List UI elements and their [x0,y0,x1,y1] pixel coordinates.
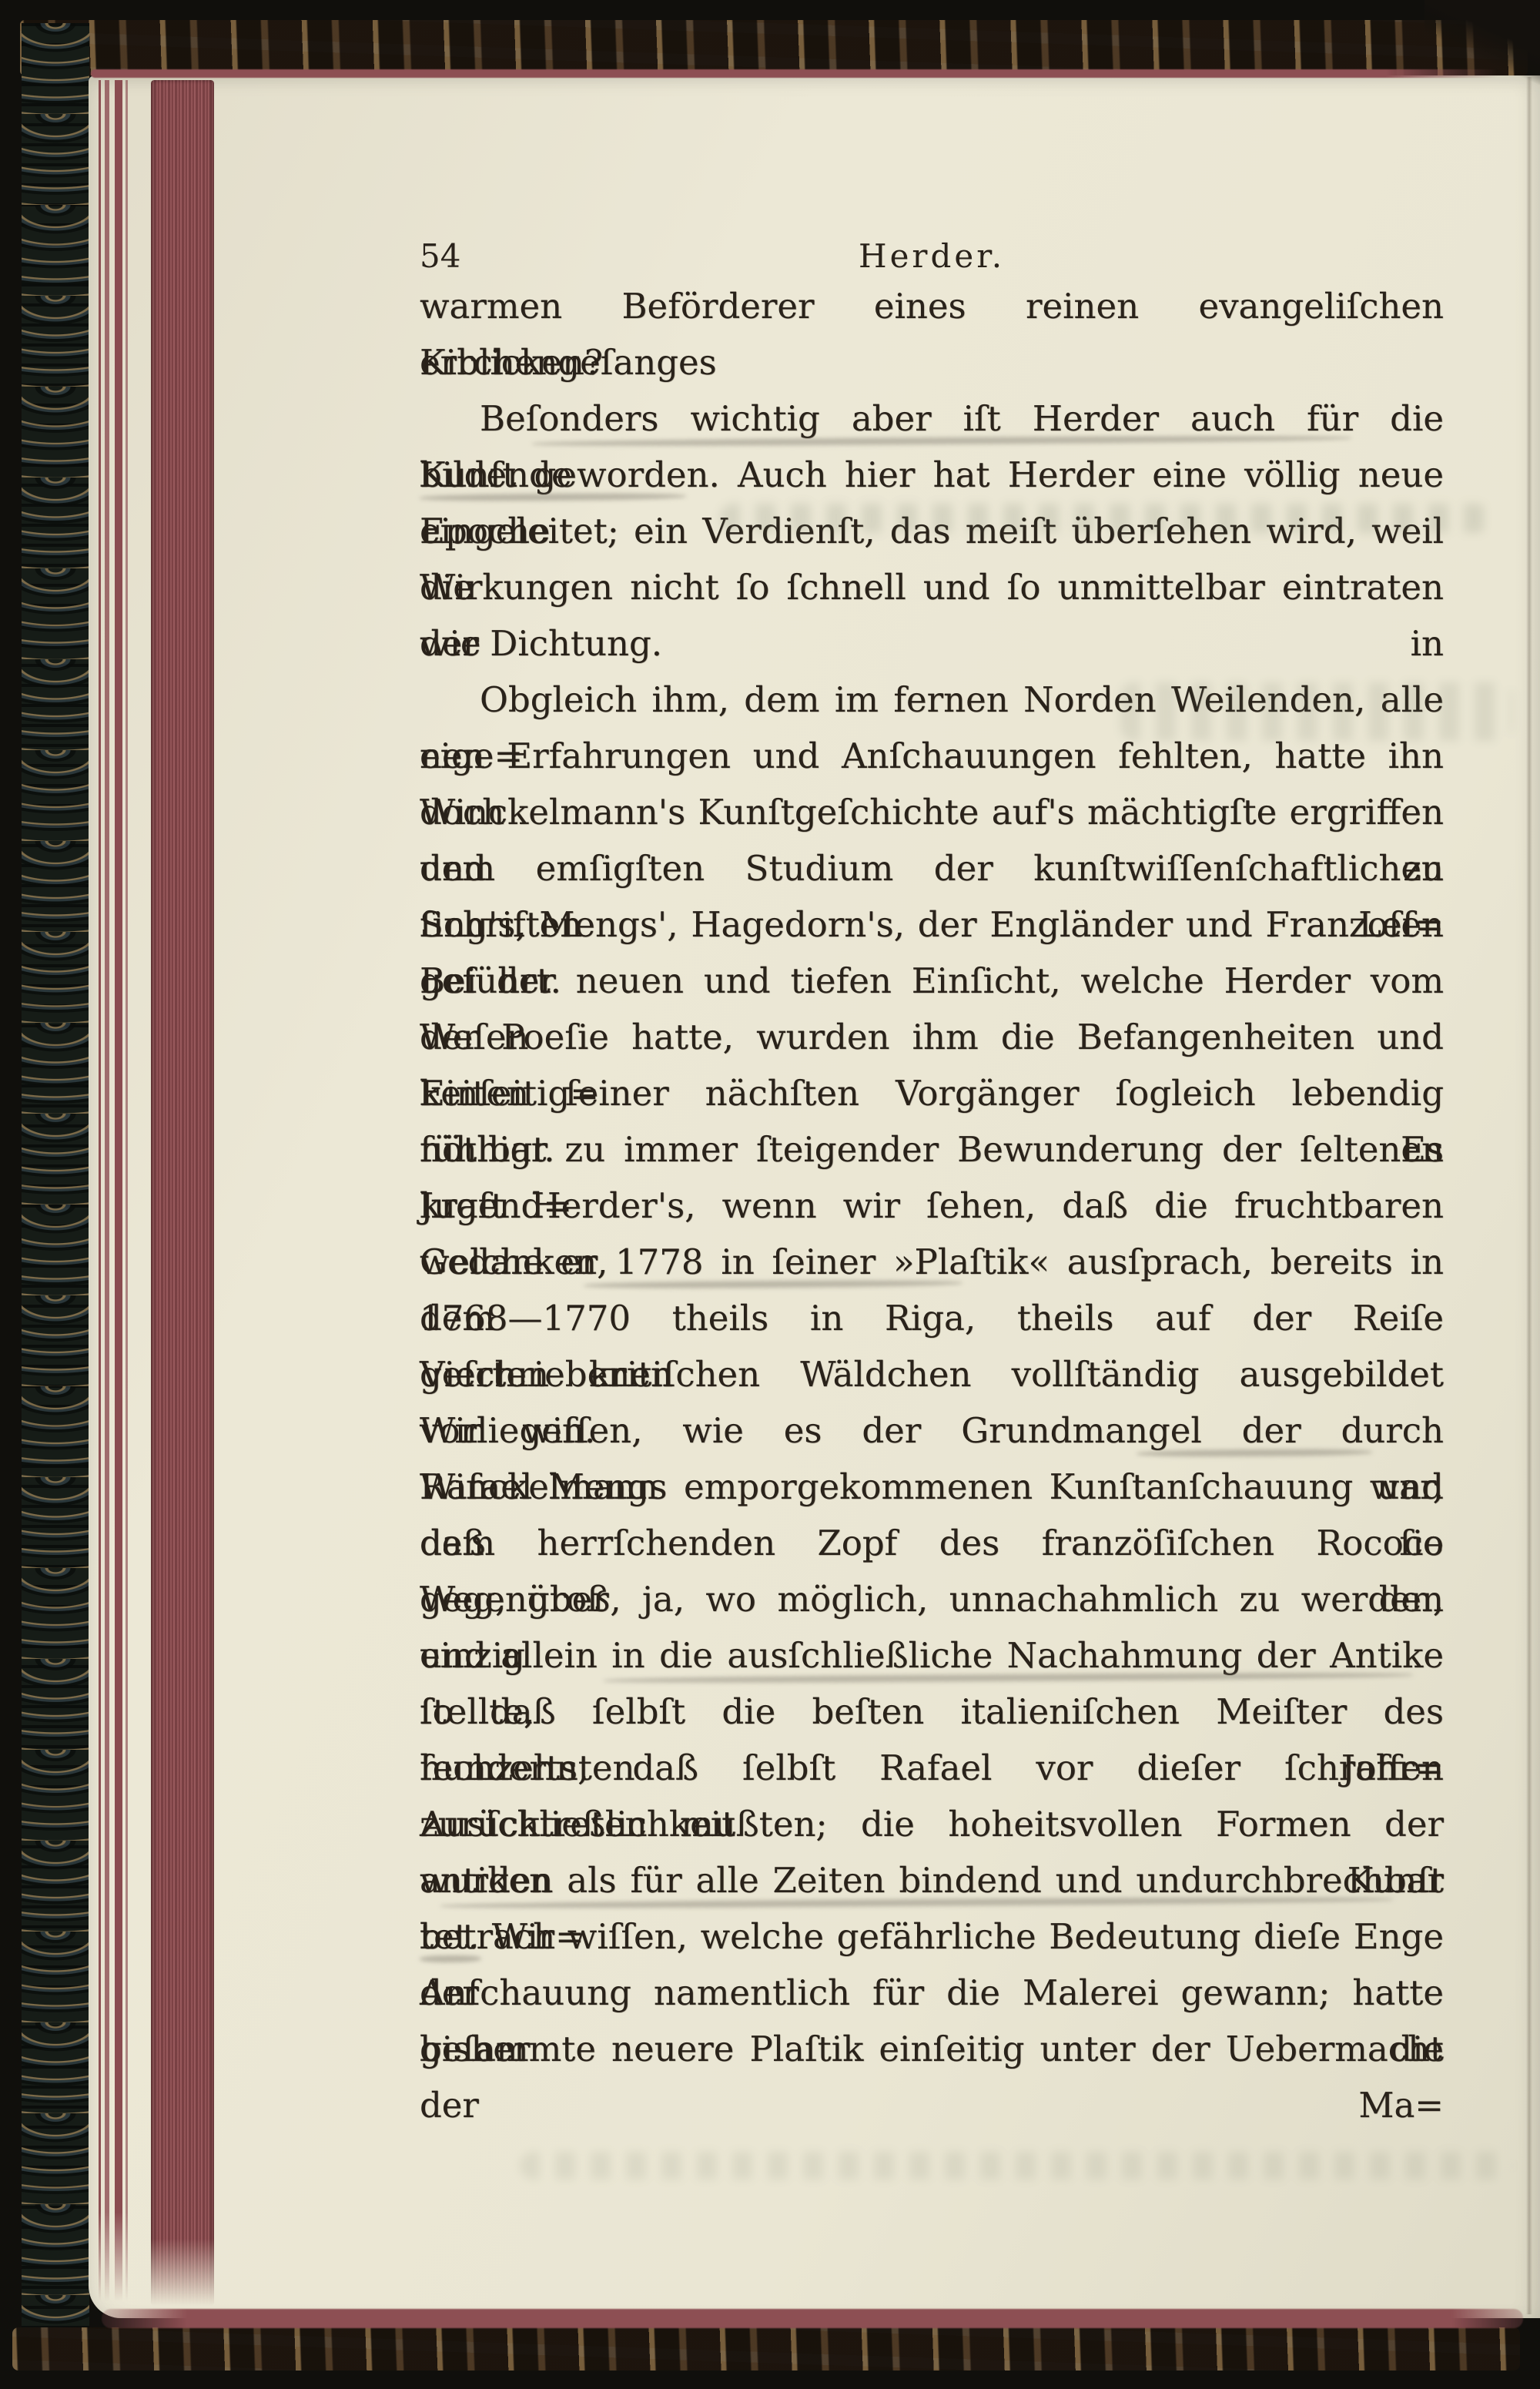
marbled-cover-top-edge [20,20,1528,75]
pencil-underline [440,1896,1393,1910]
text-line: tet. Wir wiſſen, welche gefährliche Bede… [420,1908,1444,1965]
text-line: dem emſigſten Studium der kunſtwiſſenſch… [420,840,1444,896]
pencil-underline [420,493,686,501]
marbled-spine-edge [22,23,89,2369]
text-line: welche er 1778 in ſeiner »Plaſtik« ausſp… [420,1234,1444,1290]
page-header: 54 Herder. [420,233,1444,280]
running-title: Herder. [420,233,1444,280]
text-line: keiten ſeiner nächſten Vorgänger ſogleic… [420,1065,1444,1121]
text-line: der Poeſie hatte, wurden ihm die Befange… [420,1009,1444,1065]
pencil-underline [1137,1449,1372,1457]
scanned-book-photo: 54 Herder. warmen Beförderer eines reine… [0,0,1540,2389]
ink-showthrough [1120,682,1513,741]
book-page: 54 Herder. warmen Beförderer eines reine… [89,75,1540,2318]
page-number: 54 [420,233,460,280]
pencil-underline [420,1955,481,1963]
text-line: Wir wiſſen, wie es der Grundmangel der d… [420,1402,1444,1459]
text-line: Winckelmann's Kunſtgeſchichte auf's mäch… [420,784,1444,840]
text-line: der Dichtung. [420,615,1444,672]
ink-showthrough [520,2152,1513,2180]
text-line: zurücktreten mußten; die hoheitsvollen F… [420,1796,1444,1852]
marbled-cover-bottom-edge [12,2327,1520,2371]
text-line: Weg, groß, ja, wo möglich, unnachahmlich… [420,1571,1444,1627]
text-line: geſammte neuere Plaſtik einſeitig unter … [420,2021,1444,2077]
text-line: Kunſt geworden. Auch hier hat Herder ein… [420,447,1444,503]
text-line: kraft Herder's, wenn wir ſehen, daß die … [420,1178,1444,1234]
text-line: erblicken? [420,334,1444,390]
red-page-edge-band [151,80,214,2306]
text-line: Beſonders wichtig aber iſt Herder auch f… [420,390,1444,447]
text-line: wurden als für alle Zeiten bindend und u… [420,1852,1444,1908]
cover-corner-shadow [1424,0,1540,85]
text-line: Wirkungen nicht ſo ſchnell und ſo unmitt… [420,559,1444,615]
red-stained-bottom-edge [102,2309,1523,2328]
text-line: nöthigt zu immer ſteigender Bewunderung … [420,1121,1444,1178]
text-line: und allein in die ausſchließliche Nachah… [420,1627,1444,1684]
pencil-underline [604,1671,1413,1684]
red-stained-top-edge [91,69,1498,78]
ink-showthrough [720,504,1490,533]
text-line: ſo daß ſelbſt die beſten italieniſchen M… [420,1684,1444,1740]
text-block: warmen Beförderer eines reinen evangeliſ… [420,278,1444,2077]
text-line: dem herrſchenden Zopf des franzöſiſchen … [420,1515,1444,1571]
page-crease-shadow [1526,77,1532,2314]
text-line: warmen Beförderer eines reinen evangeliſ… [420,278,1444,334]
text-line: Anſchauung namentlich für die Malerei ge… [420,1965,1444,2021]
text-line: Vierten kritiſchen Wäldchen vollſtändig … [420,1346,1444,1402]
text-line: hunderts, daß ſelbſt Rafael vor dieſer ſ… [420,1740,1444,1796]
text-line: 1768—1770 theils in Riga, theils auf der… [420,1290,1444,1346]
text-line: Rafael Mengs emporgekommenen Kunſtanſcha… [420,1459,1444,1515]
red-page-edge-stripes [99,80,131,2301]
text-line: ſing's, Mengs', Hagedorn's, der Englände… [420,896,1444,953]
pencil-underline [532,434,1351,447]
pencil-underline [584,1279,962,1288]
text-line: Bei der neuen und tiefen Einſicht, welch… [420,953,1444,1009]
